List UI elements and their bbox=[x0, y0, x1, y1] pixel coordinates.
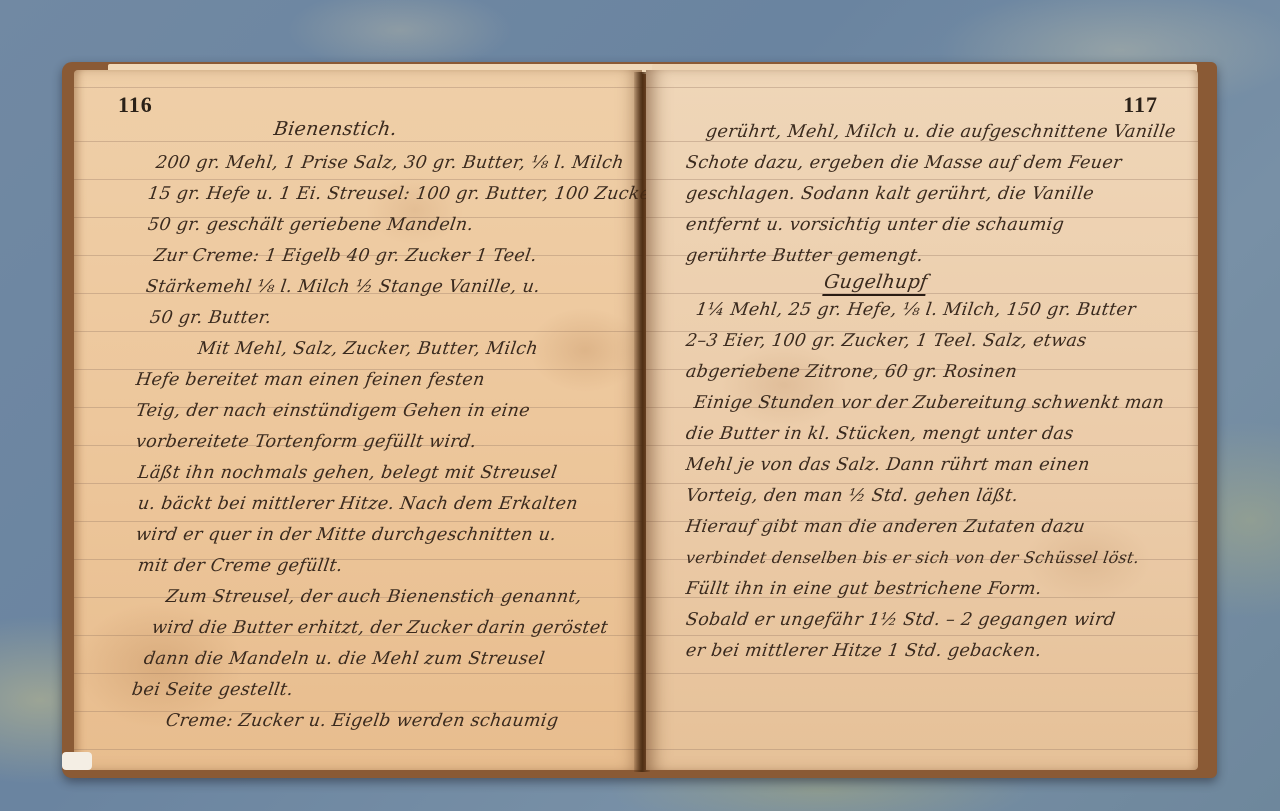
text-line: geschlagen. Sodann kalt gerührt, die Van… bbox=[685, 184, 1096, 204]
text-line: gerührt, Mehl, Milch u. die aufgeschnitt… bbox=[705, 122, 1177, 142]
text-line: Hierauf gibt man die anderen Zutaten daz… bbox=[685, 517, 1087, 537]
text-line: 50 gr. geschält geriebene Mandeln. bbox=[147, 215, 475, 235]
text-line: Schote dazu, ergeben die Masse auf dem F… bbox=[685, 153, 1123, 173]
text-line: Teig, der nach einstündigem Gehen in ein… bbox=[135, 401, 532, 421]
text-line: Füllt ihn in eine gut bestrichene Form. bbox=[685, 579, 1043, 599]
text-line: Mehl je von das Salz. Dann rührt man ein… bbox=[685, 455, 1091, 475]
text-line: dann die Mandeln u. die Mehl zum Streuse… bbox=[143, 649, 547, 669]
text-line: 200 gr. Mehl, 1 Prise Salz, 30 gr. Butte… bbox=[155, 153, 626, 173]
text-line: u. bäckt bei mittlerer Hitze. Nach dem E… bbox=[137, 494, 580, 514]
text-line: entfernt u. vorsichtig unter die schaumi… bbox=[685, 215, 1066, 235]
text-line: Sobald er ungefähr 1½ Std. – 2 gegangen … bbox=[685, 610, 1117, 630]
text-line: mit der Creme gefüllt. bbox=[137, 556, 344, 576]
text-line: die Butter in kl. Stücken, mengt unter d… bbox=[685, 424, 1075, 444]
recipe-title: Bienenstich. bbox=[272, 118, 398, 140]
notebook: 116 Bienenstich. 200 gr. Mehl, 1 Prise S… bbox=[62, 62, 1217, 780]
text-line: Creme: Zucker u. Eigelb werden schaumig bbox=[165, 711, 560, 731]
text-line: verbindet denselben bis er sich von der … bbox=[685, 548, 1141, 567]
text-line: Stärkemehl ⅛ l. Milch ½ Stange Vanille, … bbox=[145, 277, 542, 297]
text-line: Zum Streusel, der auch Bienenstich genan… bbox=[165, 587, 584, 607]
text-line: Zur Creme: 1 Eigelb 40 gr. Zucker 1 Teel… bbox=[153, 246, 539, 266]
recipe-title: Gugelhupf bbox=[822, 271, 929, 296]
text-line: 15 gr. Hefe u. 1 Ei. Streusel: 100 gr. B… bbox=[147, 184, 661, 204]
torn-paper-corner bbox=[62, 752, 92, 770]
text-line: er bei mittlerer Hitze 1 Std. gebacken. bbox=[685, 641, 1043, 661]
text-line: 2–3 Eier, 100 gr. Zucker, 1 Teel. Salz, … bbox=[685, 331, 1088, 351]
text-line: bei Seite gestellt. bbox=[131, 680, 295, 700]
text-line: Einige Stunden vor der Zubereitung schwe… bbox=[693, 393, 1166, 413]
page-number: 116 bbox=[118, 92, 153, 118]
text-line: 50 gr. Butter. bbox=[149, 308, 273, 328]
left-page: 116 Bienenstich. 200 gr. Mehl, 1 Prise S… bbox=[74, 70, 642, 770]
text-line: Läßt ihn nochmals gehen, belegt mit Stre… bbox=[137, 463, 559, 483]
text-line: abgeriebene Zitrone, 60 gr. Rosinen bbox=[685, 362, 1019, 382]
page-number: 117 bbox=[1123, 92, 1158, 118]
text-line: 1¼ Mehl, 25 gr. Hefe, ⅛ l. Milch, 150 gr… bbox=[695, 300, 1138, 320]
text-line: wird er quer in der Mitte durchgeschnitt… bbox=[135, 525, 558, 545]
text-line: vorbereitete Tortenform gefüllt wird. bbox=[135, 432, 478, 452]
right-page: 117 gerührt, Mehl, Milch u. die aufgesch… bbox=[646, 70, 1198, 770]
text-line: Hefe bereitet man einen feinen festen bbox=[135, 370, 486, 390]
text-line: wird die Butter erhitzt, der Zucker dari… bbox=[151, 618, 610, 638]
text-line: gerührte Butter gemengt. bbox=[685, 246, 925, 266]
text-line: Vorteig, den man ½ Std. gehen läßt. bbox=[685, 486, 1020, 506]
text-line: Mit Mehl, Salz, Zucker, Butter, Milch bbox=[197, 339, 540, 359]
